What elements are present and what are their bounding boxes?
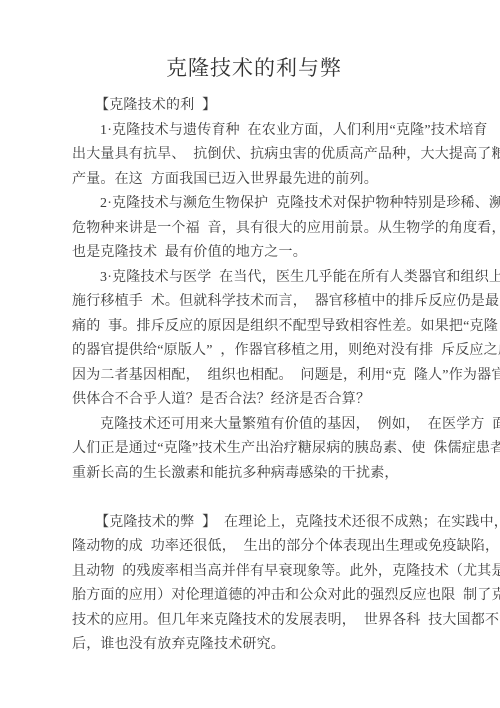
text-line: 施行移植手 术。但就科学技术而言， 器官移植中的排斥反应仍是最为头 bbox=[72, 290, 436, 315]
text-line: 【克隆技术的利 】 bbox=[72, 94, 436, 119]
text-line: 技术的应用。但几年来克隆技术的发展表明， 世界各科 技大国都不甘落 bbox=[72, 609, 436, 634]
document-content: 克隆技术的利与弊 【克隆技术的利 】 1·克隆技术与遗传育种 在农业方面，人们利… bbox=[0, 0, 500, 658]
paragraph-medicine: 3·克隆技术与医学 在当代，医生几乎能在所有人类器官和组织上 施行移植手 术。但… bbox=[72, 266, 436, 413]
text-line: 供体合不合乎人道？是否合法？经济是否合算？ bbox=[72, 388, 436, 413]
text-line: 克隆技术还可用来大量繁殖有价值的基因， 例如， 在医学方 面， bbox=[72, 413, 436, 438]
text-line: 1·克隆技术与遗传育种 在农业方面，人们利用“克隆”技术培育 bbox=[72, 119, 436, 144]
text-line: 危物种来讲是一个福 音，具有很大的应用前景。从生物学的角度看，这 bbox=[72, 217, 436, 242]
section-heading-pros: 【克隆技术的利 】 bbox=[72, 94, 436, 119]
text-line: 因为二者基因相配， 组织也相配。 问题是，利用“克 隆人”作为器官 bbox=[72, 364, 436, 389]
text-line: 【克隆技术的弊 】 在理论上，克隆技术还很不成熟；在实践中，克 bbox=[72, 511, 436, 536]
text-line: 也是克隆技术 最有价值的地方之一。 bbox=[72, 241, 436, 266]
text-line: 2·克隆技术与濒危生物保护 克隆技术对保护物种特别是珍稀、濒 bbox=[72, 192, 436, 217]
document-title: 克隆技术的利与弊 bbox=[72, 52, 436, 84]
text-line: 后，谁也没有放弃克隆技术研究。 bbox=[72, 633, 436, 658]
text-line: 重新长高的生长激素和能抗多种病毒感染的干扰素， bbox=[72, 462, 436, 487]
text-line: 且动物 的残废率相当高并伴有早衰现象等。此外，克隆技术（尤其是人 胚 bbox=[72, 560, 436, 585]
text-line: 的器官提供给“原版人” ，作器官移植之用，则绝对没有排 斥反应之虑， bbox=[72, 339, 436, 364]
text-line: 隆动物的成 功率还很低， 生出的部分个体表现出生理或免疫缺陷， 而 bbox=[72, 535, 436, 560]
text-line: 产量。在这 方面我国已迈入世界最先进的前列。 bbox=[72, 168, 436, 193]
text-line: 人们正是通过“克隆”技术生产出治疗糖尿病的胰岛素、使 侏儒症患者 bbox=[72, 437, 436, 462]
paragraph-gene-breeding: 克隆技术还可用来大量繁殖有价值的基因， 例如， 在医学方 面， 人们正是通过“克… bbox=[72, 413, 436, 487]
text-line: 痛的 事。排斥反应的原因是组织不配型导致相容性差。如果把“克隆 人” bbox=[72, 315, 436, 340]
text-line: 3·克隆技术与医学 在当代，医生几乎能在所有人类器官和组织上 bbox=[72, 266, 436, 291]
document-page: 克隆技术的利与弊 【克隆技术的利 】 1·克隆技术与遗传育种 在农业方面，人们利… bbox=[0, 0, 500, 708]
section-cons: 【克隆技术的弊 】 在理论上，克隆技术还很不成熟；在实践中，克 隆动物的成 功率… bbox=[72, 511, 436, 658]
paragraph-genetics: 1·克隆技术与遗传育种 在农业方面，人们利用“克隆”技术培育 出大量具有抗旱、 … bbox=[72, 119, 436, 193]
paragraph-endangered-species: 2·克隆技术与濒危生物保护 克隆技术对保护物种特别是珍稀、濒 危物种来讲是一个福… bbox=[72, 192, 436, 266]
text-line: 出大量具有抗旱、 抗倒伏、抗病虫害的优质高产品种，大大提高了粮食 bbox=[72, 143, 436, 168]
text-line: 胎方面的应用）对伦理道德的冲击和公众对此的强烈反应也限 制了克隆 bbox=[72, 584, 436, 609]
